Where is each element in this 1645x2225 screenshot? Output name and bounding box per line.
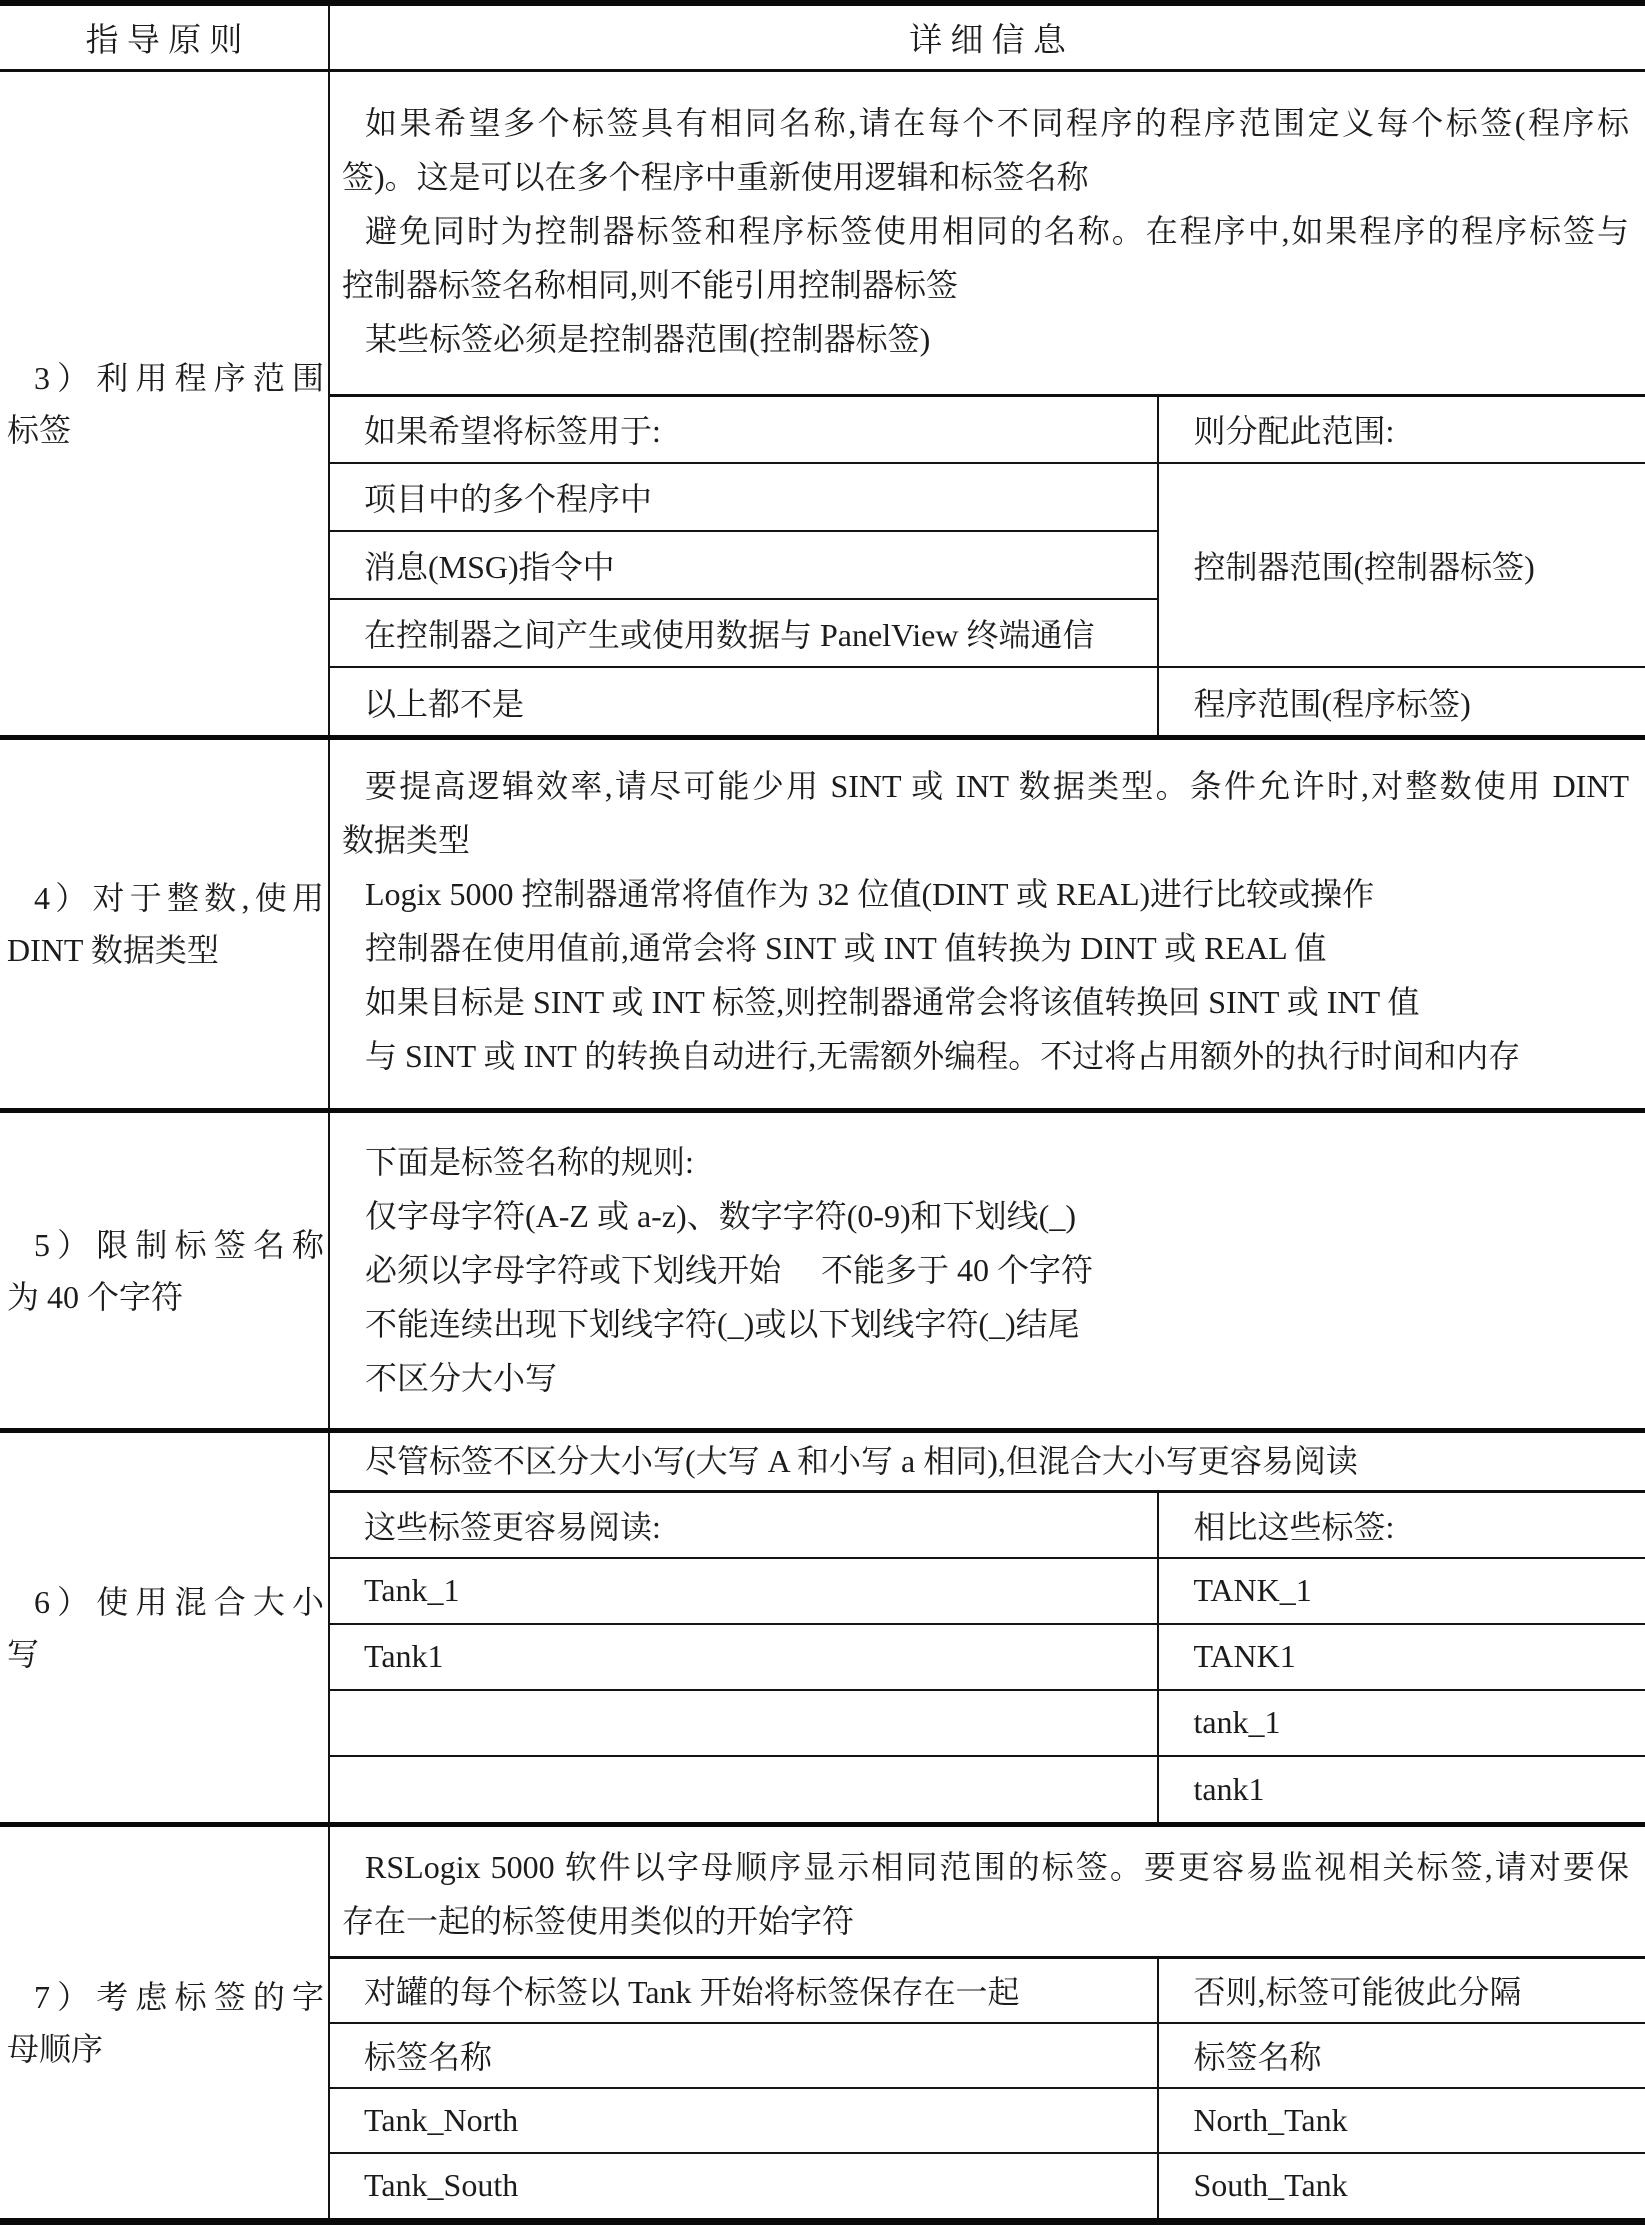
text-line: 与 SINT 或 INT 的转换自动进行,无需额外编程。不过将占用额外的执行时间… bbox=[342, 1029, 1629, 1083]
text-line: RSLogix 5000 软件以字母顺序显示相同范围的标签。要更容易监视相关标签… bbox=[342, 1840, 1629, 1894]
details-paragraphs: 尽管标签不区分大小写(大写 A 和小写 a 相同),但混合大小写更容易阅读 bbox=[330, 1433, 1645, 1490]
table-cell: 以上都不是 bbox=[330, 667, 1158, 735]
text-line: 尽管标签不区分大小写(大写 A 和小写 a 相同),但混合大小写更容易阅读 bbox=[342, 1434, 1629, 1488]
details-cell-7: RSLogix 5000 软件以字母顺序显示相同范围的标签。要更容易监视相关标签… bbox=[330, 1827, 1645, 2218]
table-cell: 标签名称 bbox=[1158, 2023, 1645, 2088]
label-line: 6）使用混合大小 bbox=[7, 1576, 324, 1628]
table-row: Tank_North North_Tank bbox=[330, 2088, 1645, 2153]
guideline-label: 7）考虑标签的字 母顺序 bbox=[0, 1971, 328, 2075]
details-cell-4: 要提高逻辑效率,请尽可能少用 SINT 或 INT 数据类型。条件允许时,对整数… bbox=[330, 740, 1645, 1108]
guideline-label-cell-5: 5）限制标签名称 为 40 个字符 bbox=[0, 1113, 330, 1428]
text-line: 控制器在使用值前,通常会将 SINT 或 INT 值转换为 DINT 或 REA… bbox=[342, 921, 1629, 975]
table-cell: Tank_1 bbox=[330, 1558, 1158, 1624]
table-cell: 这些标签更容易阅读: bbox=[330, 1492, 1158, 1558]
guideline-label-cell-6: 6）使用混合大小 写 bbox=[0, 1433, 330, 1822]
details-cell-6: 尽管标签不区分大小写(大写 A 和小写 a 相同),但混合大小写更容易阅读 这些… bbox=[330, 1433, 1645, 1822]
table-row: Tank_South South_Tank bbox=[330, 2153, 1645, 2218]
table-cell: Tank_South bbox=[330, 2153, 1158, 2218]
paragraph: 如果目标是 SINT 或 INT 标签,则控制器通常会将该值转换回 SINT 或… bbox=[342, 975, 1629, 1029]
label-line: 3）利用程序范围 bbox=[7, 352, 324, 404]
label-line: 为 40 个字符 bbox=[7, 1271, 324, 1323]
table-cell: Tank_North bbox=[330, 2088, 1158, 2153]
table-cell-merged: 控制器范围(控制器标签) bbox=[1158, 463, 1645, 667]
table-row: 标签名称 标签名称 bbox=[330, 2023, 1645, 2088]
label-line: 写 bbox=[7, 1628, 324, 1680]
guideline-row-7: 7）考虑标签的字 母顺序 RSLogix 5000 软件以字母顺序显示相同范围的… bbox=[0, 1827, 1645, 2218]
table-row: Tank_1 TANK_1 bbox=[330, 1558, 1645, 1624]
table-cell: 程序范围(程序标签) bbox=[1158, 667, 1645, 735]
table-cell: tank1 bbox=[1158, 1756, 1645, 1822]
paragraph: 必须以字母字符或下划线开始 不能多于 40 个字符 bbox=[342, 1243, 1629, 1297]
table-cell: 相比这些标签: bbox=[1158, 1492, 1645, 1558]
details-cell-3: 如果希望多个标签具有相同名称,请在每个不同程序的程序范围定义每个标签(程序标 签… bbox=[330, 72, 1645, 735]
table-row: 对罐的每个标签以 Tank 开始将标签保存在一起 否则,标签可能彼此分隔 bbox=[330, 1958, 1645, 2023]
text-line: 如果目标是 SINT 或 INT 标签,则控制器通常会将该值转换回 SINT 或… bbox=[342, 975, 1629, 1029]
table-cell: 消息(MSG)指令中 bbox=[330, 531, 1158, 599]
paragraph: 不能连续出现下划线字符(_)或以下划线字符(_)结尾 bbox=[342, 1297, 1629, 1351]
table-row: 这些标签更容易阅读: 相比这些标签: bbox=[330, 1492, 1645, 1558]
paragraph: 仅字母字符(A-Z 或 a-z)、数字字符(0-9)和下划线(_) bbox=[342, 1189, 1629, 1243]
header-details-label: 详 细 信 息 bbox=[909, 14, 1066, 61]
text-line: 仅字母字符(A-Z 或 a-z)、数字字符(0-9)和下划线(_) bbox=[342, 1189, 1629, 1243]
table-row: 如果希望将标签用于: 则分配此范围: bbox=[330, 395, 1645, 463]
table-cell: North_Tank bbox=[1158, 2088, 1645, 2153]
label-line: 标签 bbox=[7, 404, 324, 456]
table-cell: tank_1 bbox=[1158, 1690, 1645, 1756]
guideline-label: 5）限制标签名称 为 40 个字符 bbox=[0, 1219, 328, 1323]
label-line: 4）对于整数,使用 bbox=[7, 872, 324, 924]
guideline-row-3: 3）利用程序范围 标签 如果希望多个标签具有相同名称,请在每个不同程序的程序范围… bbox=[0, 72, 1645, 740]
guideline-label: 4）对于整数,使用 DINT 数据类型 bbox=[0, 872, 328, 976]
table-cell: TANK1 bbox=[1158, 1624, 1645, 1690]
label-line: 5）限制标签名称 bbox=[7, 1219, 324, 1271]
text-line: 数据类型 bbox=[342, 813, 1629, 867]
text-line: 避免同时为控制器标签和程序标签使用相同的名称。在程序中,如果程序的程序标签与 bbox=[342, 204, 1629, 258]
header-principle-label: 指 导 原 则 bbox=[86, 14, 243, 61]
guideline-label-cell-7: 7）考虑标签的字 母顺序 bbox=[0, 1827, 330, 2218]
details-paragraphs: RSLogix 5000 软件以字母顺序显示相同范围的标签。要更容易监视相关标签… bbox=[330, 1827, 1645, 1956]
table-row: tank1 bbox=[330, 1756, 1645, 1822]
table-cell: South_Tank bbox=[1158, 2153, 1645, 2218]
header-cell-principle: 指 导 原 则 bbox=[0, 6, 330, 69]
table-row: 项目中的多个程序中 控制器范围(控制器标签) bbox=[330, 463, 1645, 531]
paragraph: 要提高逻辑效率,请尽可能少用 SINT 或 INT 数据类型。条件允许时,对整数… bbox=[342, 759, 1629, 867]
table-row: Tank1 TANK1 bbox=[330, 1624, 1645, 1690]
text-line: 存在一起的标签使用类似的开始字符 bbox=[342, 1894, 1629, 1948]
paragraph: 下面是标签名称的规则: bbox=[342, 1135, 1629, 1189]
alpha-order-table: 对罐的每个标签以 Tank 开始将标签保存在一起 否则,标签可能彼此分隔 标签名… bbox=[330, 1956, 1645, 2218]
text-line: Logix 5000 控制器通常将值作为 32 位值(DINT 或 REAL)进… bbox=[342, 867, 1629, 921]
table-cell: 则分配此范围: bbox=[1158, 395, 1645, 463]
table-row: 以上都不是 程序范围(程序标签) bbox=[330, 667, 1645, 735]
guideline-row-5: 5）限制标签名称 为 40 个字符 下面是标签名称的规则: 仅字母字符(A-Z … bbox=[0, 1113, 1645, 1433]
table-cell: 标签名称 bbox=[330, 2023, 1158, 2088]
text-line: 某些标签必须是控制器范围(控制器标签) bbox=[342, 312, 1629, 366]
label-line: 母顺序 bbox=[7, 2023, 324, 2075]
paragraph: 避免同时为控制器标签和程序标签使用相同的名称。在程序中,如果程序的程序标签与 控… bbox=[342, 204, 1629, 312]
table-cell: 否则,标签可能彼此分隔 bbox=[1158, 1958, 1645, 2023]
label-line: DINT 数据类型 bbox=[7, 924, 324, 976]
guidelines-table-page: 指 导 原 则 详 细 信 息 3）利用程序范围 标签 如果希望多个标签具有相同… bbox=[0, 0, 1645, 2225]
guideline-label: 6）使用混合大小 写 bbox=[0, 1576, 328, 1680]
table-row: tank_1 bbox=[330, 1690, 1645, 1756]
details-paragraphs: 下面是标签名称的规则: 仅字母字符(A-Z 或 a-z)、数字字符(0-9)和下… bbox=[330, 1113, 1645, 1428]
table-cell bbox=[330, 1756, 1158, 1822]
table-cell: 如果希望将标签用于: bbox=[330, 395, 1158, 463]
paragraph: 控制器在使用值前,通常会将 SINT 或 INT 值转换为 DINT 或 REA… bbox=[342, 921, 1629, 975]
details-cell-5: 下面是标签名称的规则: 仅字母字符(A-Z 或 a-z)、数字字符(0-9)和下… bbox=[330, 1113, 1645, 1428]
guideline-label: 3）利用程序范围 标签 bbox=[0, 352, 328, 456]
table-cell bbox=[330, 1690, 1158, 1756]
text-line: 下面是标签名称的规则: bbox=[342, 1135, 1629, 1189]
table-cell: 项目中的多个程序中 bbox=[330, 463, 1158, 531]
paragraph: 与 SINT 或 INT 的转换自动进行,无需额外编程。不过将占用额外的执行时间… bbox=[342, 1029, 1629, 1083]
guideline-row-6: 6）使用混合大小 写 尽管标签不区分大小写(大写 A 和小写 a 相同),但混合… bbox=[0, 1433, 1645, 1827]
text-line: 必须以字母字符或下划线开始 不能多于 40 个字符 bbox=[342, 1243, 1629, 1297]
paragraph: 某些标签必须是控制器范围(控制器标签) bbox=[342, 312, 1629, 366]
table-cell: TANK_1 bbox=[1158, 1558, 1645, 1624]
case-compare-table: 这些标签更容易阅读: 相比这些标签: Tank_1 TANK_1 Tank1 T… bbox=[330, 1490, 1645, 1822]
paragraph: RSLogix 5000 软件以字母顺序显示相同范围的标签。要更容易监视相关标签… bbox=[342, 1840, 1629, 1948]
text-line: 如果希望多个标签具有相同名称,请在每个不同程序的程序范围定义每个标签(程序标 bbox=[342, 96, 1629, 150]
text-line: 要提高逻辑效率,请尽可能少用 SINT 或 INT 数据类型。条件允许时,对整数… bbox=[342, 759, 1629, 813]
text-line: 不能连续出现下划线字符(_)或以下划线字符(_)结尾 bbox=[342, 1297, 1629, 1351]
text-line: 控制器标签名称相同,则不能引用控制器标签 bbox=[342, 258, 1629, 312]
paragraph: 不区分大小写 bbox=[342, 1351, 1629, 1405]
tag-scope-table: 如果希望将标签用于: 则分配此范围: 项目中的多个程序中 控制器范围(控制器标签… bbox=[330, 394, 1645, 736]
paragraph: 如果希望多个标签具有相同名称,请在每个不同程序的程序范围定义每个标签(程序标 签… bbox=[342, 96, 1629, 204]
table-cell: Tank1 bbox=[330, 1624, 1158, 1690]
table-cell: 对罐的每个标签以 Tank 开始将标签保存在一起 bbox=[330, 1958, 1158, 2023]
text-line: 签)。这是可以在多个程序中重新使用逻辑和标签名称 bbox=[342, 150, 1629, 204]
guideline-label-cell-4: 4）对于整数,使用 DINT 数据类型 bbox=[0, 740, 330, 1108]
guideline-row-4: 4）对于整数,使用 DINT 数据类型 要提高逻辑效率,请尽可能少用 SINT … bbox=[0, 740, 1645, 1113]
paragraph: Logix 5000 控制器通常将值作为 32 位值(DINT 或 REAL)进… bbox=[342, 867, 1629, 921]
label-line: 7）考虑标签的字 bbox=[7, 1971, 324, 2023]
text-line: 不区分大小写 bbox=[342, 1351, 1629, 1405]
details-paragraphs: 要提高逻辑效率,请尽可能少用 SINT 或 INT 数据类型。条件允许时,对整数… bbox=[330, 740, 1645, 1108]
details-paragraphs: 如果希望多个标签具有相同名称,请在每个不同程序的程序范围定义每个标签(程序标 签… bbox=[330, 72, 1645, 394]
header-cell-details: 详 细 信 息 bbox=[330, 6, 1645, 69]
table-header-row: 指 导 原 则 详 细 信 息 bbox=[0, 6, 1645, 72]
paragraph: 尽管标签不区分大小写(大写 A 和小写 a 相同),但混合大小写更容易阅读 bbox=[342, 1434, 1629, 1488]
guideline-label-cell-3: 3）利用程序范围 标签 bbox=[0, 72, 330, 735]
table-cell: 在控制器之间产生或使用数据与 PanelView 终端通信 bbox=[330, 599, 1158, 667]
